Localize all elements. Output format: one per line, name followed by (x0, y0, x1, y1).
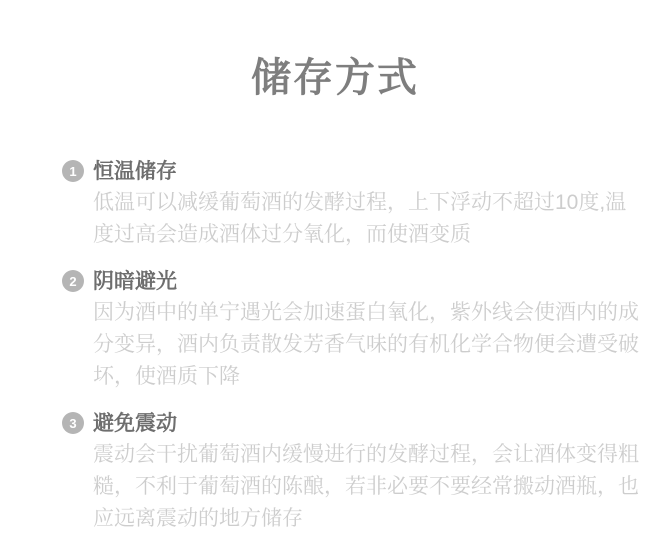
body-line: 度过高会造成酒体过分氧化，而使酒变质 (93, 219, 626, 251)
body-line: 糙，不利于葡萄酒的陈酿，若非必要不要经常搬动酒瓶，也 (93, 471, 639, 503)
item-content: 恒温储存 低温可以减缓葡萄酒的发酵过程，上下浮动不超过10度,温 度过高会造成酒… (93, 157, 626, 251)
number-3-badge: 3 (62, 412, 84, 434)
item-heading: 恒温储存 (93, 157, 626, 187)
page-title: 储存方式 (0, 0, 670, 100)
item-body: 低温可以减缓葡萄酒的发酵过程，上下浮动不超过10度,温 度过高会造成酒体过分氧化… (93, 187, 626, 251)
number-1-badge: 1 (62, 160, 84, 182)
storage-method-section: 储存方式 1 恒温储存 低温可以减缓葡萄酒的发酵过程，上下浮动不超过10度,温 … (0, 0, 670, 553)
item-content: 避免震动 震动会干扰葡萄酒内缓慢进行的发酵过程，会让酒体变得粗 糙，不利于葡萄酒… (93, 409, 639, 535)
body-line: 应远离震动的地方储存 (93, 503, 639, 535)
item-heading: 阴暗避光 (93, 267, 639, 297)
body-line: 低温可以减缓葡萄酒的发酵过程，上下浮动不超过10度,温 (93, 187, 626, 219)
list-item-avoid-light: 2 阴暗避光 因为酒中的单宁遇光会加速蛋白氧化，紫外线会使酒内的成 分变异，酒内… (62, 267, 630, 393)
storage-tips-list: 1 恒温储存 低温可以减缓葡萄酒的发酵过程，上下浮动不超过10度,温 度过高会造… (0, 157, 670, 535)
item-heading: 避免震动 (93, 409, 639, 439)
body-line: 坏，使酒质下降 (93, 361, 639, 393)
body-line: 震动会干扰葡萄酒内缓慢进行的发酵过程，会让酒体变得粗 (93, 439, 639, 471)
item-content: 阴暗避光 因为酒中的单宁遇光会加速蛋白氧化，紫外线会使酒内的成 分变异，酒内负责… (93, 267, 639, 393)
item-body: 震动会干扰葡萄酒内缓慢进行的发酵过程，会让酒体变得粗 糙，不利于葡萄酒的陈酿，若… (93, 439, 639, 535)
body-line: 因为酒中的单宁遇光会加速蛋白氧化，紫外线会使酒内的成 (93, 297, 639, 329)
list-item-constant-temperature: 1 恒温储存 低温可以减缓葡萄酒的发酵过程，上下浮动不超过10度,温 度过高会造… (62, 157, 630, 251)
list-item-avoid-vibration: 3 避免震动 震动会干扰葡萄酒内缓慢进行的发酵过程，会让酒体变得粗 糙，不利于葡… (62, 409, 630, 535)
item-body: 因为酒中的单宁遇光会加速蛋白氧化，紫外线会使酒内的成 分变异，酒内负责散发芳香气… (93, 297, 639, 393)
body-line: 分变异，酒内负责散发芳香气味的有机化学合物便会遭受破 (93, 329, 639, 361)
number-2-badge: 2 (62, 270, 84, 292)
